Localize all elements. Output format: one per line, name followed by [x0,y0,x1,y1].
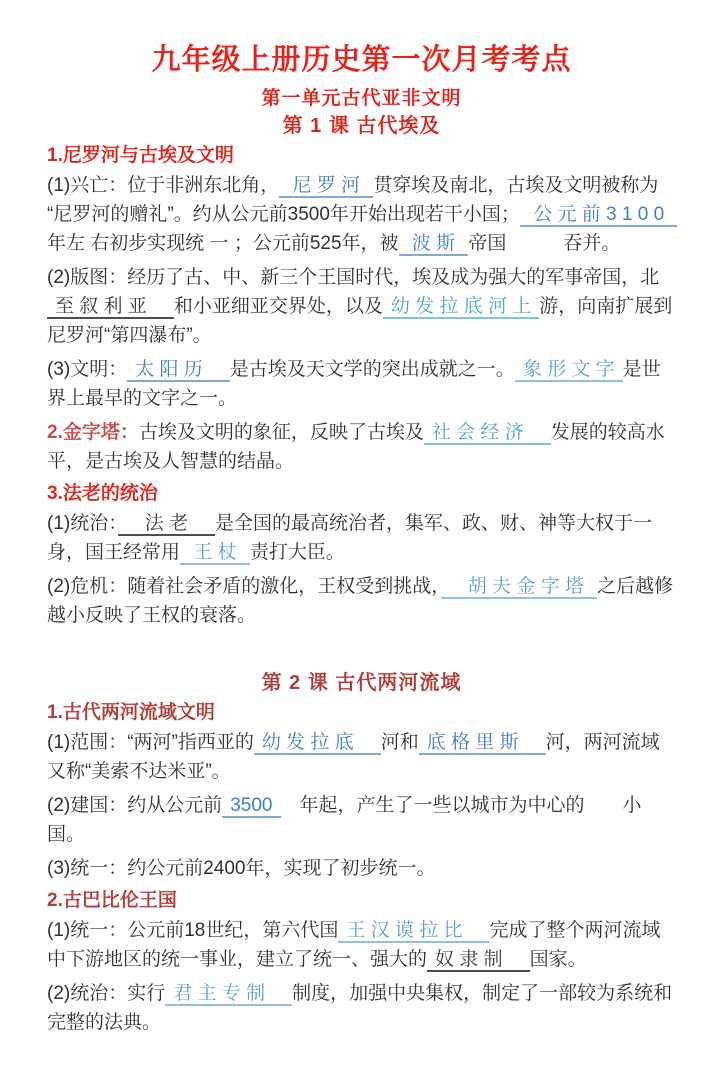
paragraph: (1)范围：“两河”指西亚的幼 发 拉 底 河和底 格 里 斯 河，两河流域又称… [47,728,676,786]
document-page: 九年级上册历史第一次月考考点 第一单元古代亚非文明 第 1 课 古代埃及1.尼罗… [0,0,723,1082]
blank-fill: 波 斯 [399,233,469,256]
section-heading: 3.法老的统治 [47,481,676,507]
text-run: 和小亚细亚交界处，以及 [174,296,383,317]
text-run: (3)统一：约公元前2400年，实现了初步统一。 [47,858,436,879]
lesson-heading: 第 1 课 古代埃及 [47,113,676,139]
paragraph: (1)统一：公元前18世纪，第六代国王 汉 谟 拉 比 完成了整个两河流域中下游… [47,916,676,974]
lessons: 第 1 课 古代埃及1.尼罗河与古埃及文明(1)兴亡：位于非洲东北角， 尼 罗 … [47,113,676,1037]
paragraph: (1)兴亡：位于非洲东北角， 尼 罗 河 贯穿埃及南北，古埃及文明被称为“尼罗河… [47,171,676,258]
paragraph: (2)版图：经历了古、中、新三个王国时代，埃及成为强大的军事帝国，北至 叙 利 … [47,263,676,350]
text-run: (2)危机：随着社会矛盾的激化，王权受到挑战， [47,576,441,597]
text-run: 年左 右初步实现统 一 ；公元前525年，被 [47,233,399,254]
blank-fill: 太 阳 历 [127,359,230,382]
blank-fill: 幼 发 拉 底 河 上 [383,296,539,319]
text-run: (2)版图：经历了古、中、新三个王国时代，埃及成为强大的军事帝国，北 [47,267,659,288]
text-run: 古埃及文明的象征，反映了古埃及 [139,422,424,443]
lesson-heading: 第 2 课 古代两河流域 [47,670,676,696]
blank-fill: 胡 夫 金 字 塔 [441,576,597,599]
text-run: (1)统一：公元前18世纪，第六代国 [47,920,338,941]
blank-fill: 君 主 专 制 [165,983,292,1006]
blank-fill: 公 元 前 3 1 0 0 [520,204,678,227]
paragraph: (2)建国：约从公元前3500 年起，产生了一些以城市为中心的 小国。 [47,791,676,849]
blank-fill: 3500 [222,795,280,818]
paragraph: (2)危机：随着社会矛盾的激化，王权受到挑战， 胡 夫 金 字 塔 之后越修越小… [47,572,676,630]
text-run: 帝国 吞并。 [468,233,620,254]
section-heading: 2.古巴比伦王国 [47,888,676,914]
paragraph: (2)统治：实行君 主 专 制 制度，加强中央集权，制定了一部较为系统和完整的法… [47,979,676,1037]
blank-fill: 王 杖 [180,542,250,565]
inline-heading: 2.金字塔： [47,422,139,443]
text-run: 责打大臣。 [250,542,345,563]
text-run: (2)建国：约从公元前 [47,795,222,816]
blank-fill: 王 汉 谟 拉 比 [338,920,489,943]
blank-fill: 幼 发 拉 底 [254,732,381,755]
paragraph: (3)文明：太 阳 历 是古埃及天文学的突出成就之一。象 形 文 字是世界上最早… [47,355,676,413]
text-run: 是古埃及天文学的突出成就之一。 [230,359,515,380]
blank-fill: 法 老 [118,513,215,536]
text-run: (2)统治：实行 [47,983,165,1004]
blank-fill: 尼 罗 河 [279,175,373,198]
blank-fill: 社 会 经 济 [424,422,551,445]
blank-fill: 至 叙 利 亚 [47,296,174,319]
section-heading: 1.尼罗河与古埃及文明 [47,143,676,169]
paragraph: 2.金字塔：古埃及文明的象征，反映了古埃及社 会 经 济 发展的较高水平，是古埃… [47,418,676,476]
text-run: 国家。 [530,949,587,970]
unit-subtitle: 第一单元古代亚非文明 [47,86,676,111]
text-run: (1)统治： [47,513,118,534]
text-run: (3)文明： [47,359,127,380]
blank-fill: 象 形 文 字 [515,359,623,382]
paragraph: (3)统一：约公元前2400年，实现了初步统一。 [47,854,676,883]
section-heading: 1.古代两河流域文明 [47,700,676,726]
text-run: 河和 [381,732,419,753]
page-title: 九年级上册历史第一次月考考点 [47,42,676,78]
blank-fill: 底 格 里 斯 [419,732,546,755]
text-run: (1)范围：“两河”指西亚的 [47,732,254,753]
text-run: (1)兴亡：位于非洲东北角， [47,175,279,196]
paragraph: (1)统治： 法 老 是全国的最高统治者，集军、政、财、神等大权于一身，国王经常… [47,509,676,567]
blank-fill: 奴 隶 制 [427,949,530,972]
